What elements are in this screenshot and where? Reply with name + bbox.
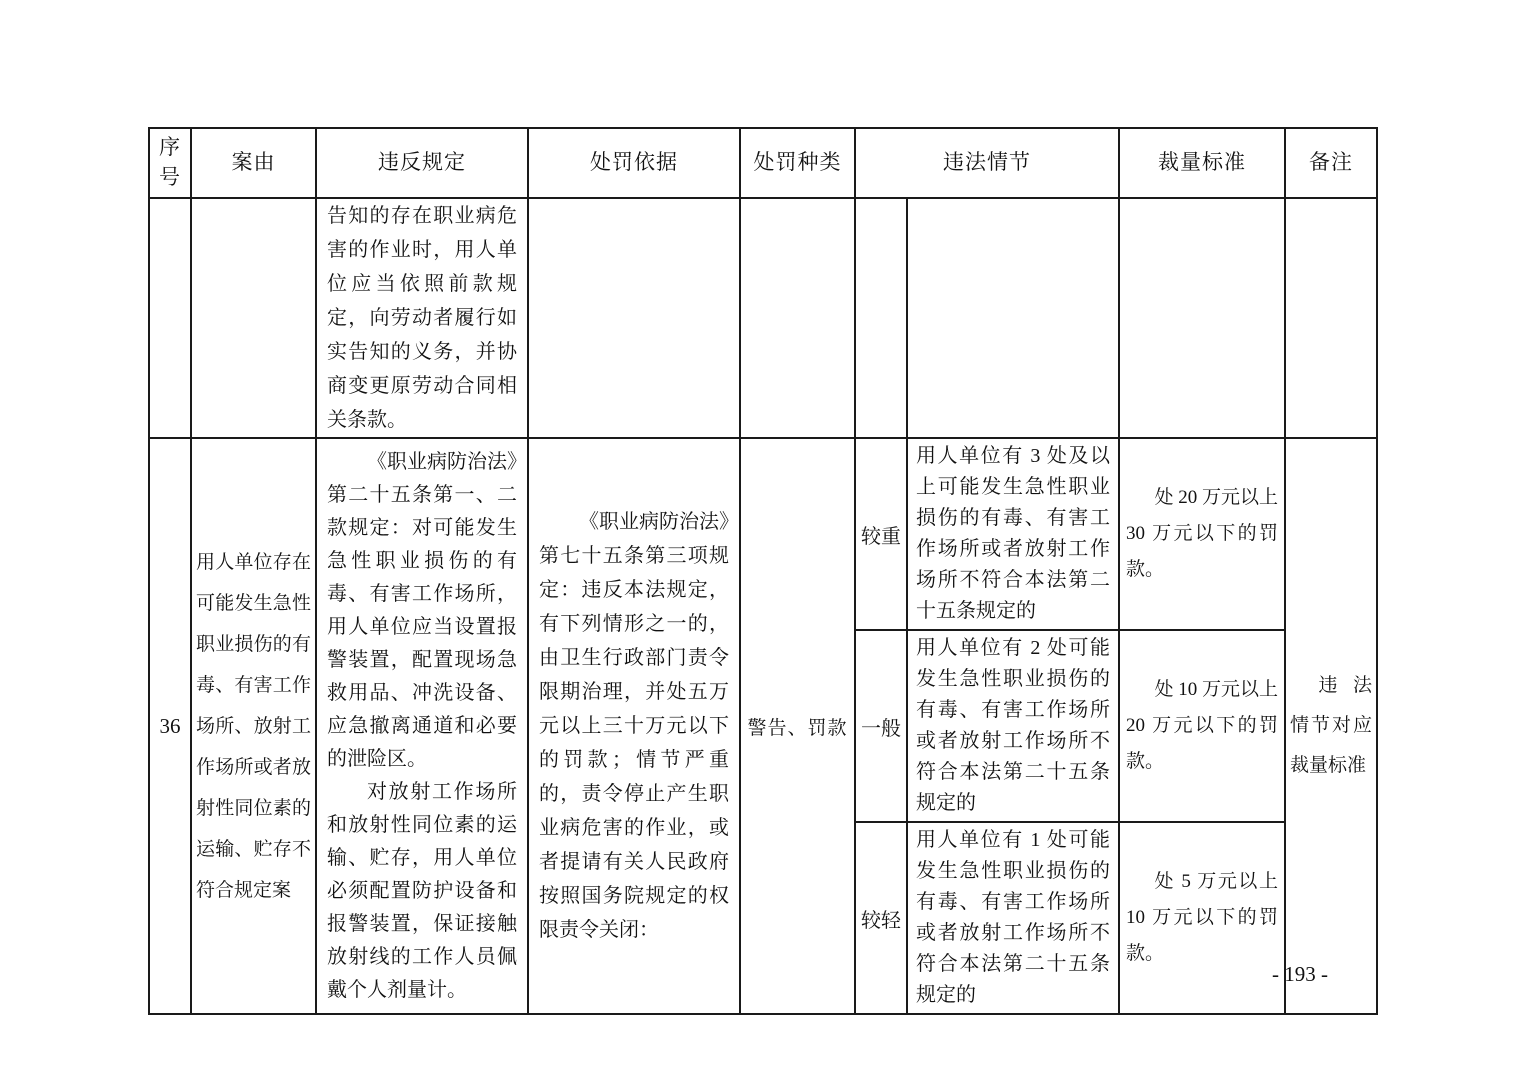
header-violation: 违反规定 bbox=[316, 128, 528, 198]
page-number: - 193 - bbox=[1272, 962, 1328, 987]
row36-case: 用人单位存在可能发生急性职业损伤的有毒、有害工作场所、放射工作场所或者放射性同位… bbox=[191, 438, 316, 1014]
row36-basis: 《职业病防治法》第七十五条第三项规定：违反本法规定，有下列情形之一的，由卫生行政… bbox=[528, 438, 740, 1014]
cont-basis-empty bbox=[528, 198, 740, 438]
cont-standard-empty bbox=[1119, 198, 1285, 438]
penalty-discretion-table: 序号 案由 违反规定 处罚依据 处罚种类 违法情节 裁量标准 备注 告知的存在职… bbox=[148, 127, 1378, 1015]
header-basis: 处罚依据 bbox=[528, 128, 740, 198]
header-standard: 裁量标准 bbox=[1119, 128, 1285, 198]
tier-general-standard: 处 10 万元以上 20 万元以下的罚款。 bbox=[1119, 630, 1285, 822]
cont-case-empty bbox=[191, 198, 316, 438]
header-serial: 序号 bbox=[149, 128, 191, 198]
tier-severe-level: 较重 bbox=[855, 438, 907, 630]
cont-violation-paragraph: 告知的存在职业病危害的作业时，用人单位应当依照前款规定，向劳动者履行如实告知的义… bbox=[327, 199, 517, 437]
header-penalty-type: 处罚种类 bbox=[740, 128, 855, 198]
document-page: 序号 案由 违反规定 处罚依据 处罚种类 违法情节 裁量标准 备注 告知的存在职… bbox=[0, 0, 1520, 1074]
cont-violation-text: 告知的存在职业病危害的作业时，用人单位应当依照前款规定，向劳动者履行如实告知的义… bbox=[316, 198, 528, 438]
header-remarks: 备注 bbox=[1285, 128, 1377, 198]
header-circumstances: 违法情节 bbox=[855, 128, 1119, 198]
tier-minor-standard: 处 5 万元以上 10 万元以下的罚款。 bbox=[1119, 822, 1285, 1014]
tier-general-circumstance: 用人单位有 2 处可能发生急性职业损伤的有毒、有害工作场所或者放射工作场所不符合… bbox=[907, 630, 1119, 822]
row-36-tier-severe: 36 用人单位存在可能发生急性职业损伤的有毒、有害工作场所、放射工作场所或者放射… bbox=[149, 438, 1377, 630]
row36-violation: 《职业病防治法》第二十五条第一、二款规定：对可能发生急性职业损伤的有毒、有害工作… bbox=[316, 438, 528, 1014]
tier-severe-circumstance: 用人单位有 3 处及以上可能发生急性职业损伤的有毒、有害工作场所或者放射工作场所… bbox=[907, 438, 1119, 630]
cont-remarks-empty bbox=[1285, 198, 1377, 438]
row36-penalty-type: 警告、罚款 bbox=[740, 438, 855, 1014]
tier-general-level: 一般 bbox=[855, 630, 907, 822]
tier-severe-standard: 处 20 万元以上 30 万元以下的罚款。 bbox=[1119, 438, 1285, 630]
cont-level-empty bbox=[855, 198, 907, 438]
header-case: 案由 bbox=[191, 128, 316, 198]
cont-serial-empty bbox=[149, 198, 191, 438]
tier-minor-circumstance: 用人单位有 1 处可能发生急性职业损伤的有毒、有害工作场所或者放射工作场所不符合… bbox=[907, 822, 1119, 1014]
cont-type-empty bbox=[740, 198, 855, 438]
cont-circumstance-empty bbox=[907, 198, 1119, 438]
continuation-row: 告知的存在职业病危害的作业时，用人单位应当依照前款规定，向劳动者履行如实告知的义… bbox=[149, 198, 1377, 438]
row36-basis-paragraph: 《职业病防治法》第七十五条第三项规定：违反本法规定，有下列情形之一的，由卫生行政… bbox=[539, 505, 729, 947]
row36-violation-paragraph-1: 《职业病防治法》第二十五条第一、二款规定：对可能发生急性职业损伤的有毒、有害工作… bbox=[327, 446, 517, 776]
row36-remarks: 违法情节对应裁量标准 bbox=[1285, 438, 1377, 1014]
row36-serial: 36 bbox=[149, 438, 191, 1014]
tier-minor-level: 较轻 bbox=[855, 822, 907, 1014]
row36-violation-paragraph-2: 对放射工作场所和放射性同位素的运输、贮存，用人单位必须配置防护设备和报警装置，保… bbox=[327, 776, 517, 1007]
header-row: 序号 案由 违反规定 处罚依据 处罚种类 违法情节 裁量标准 备注 bbox=[149, 128, 1377, 198]
